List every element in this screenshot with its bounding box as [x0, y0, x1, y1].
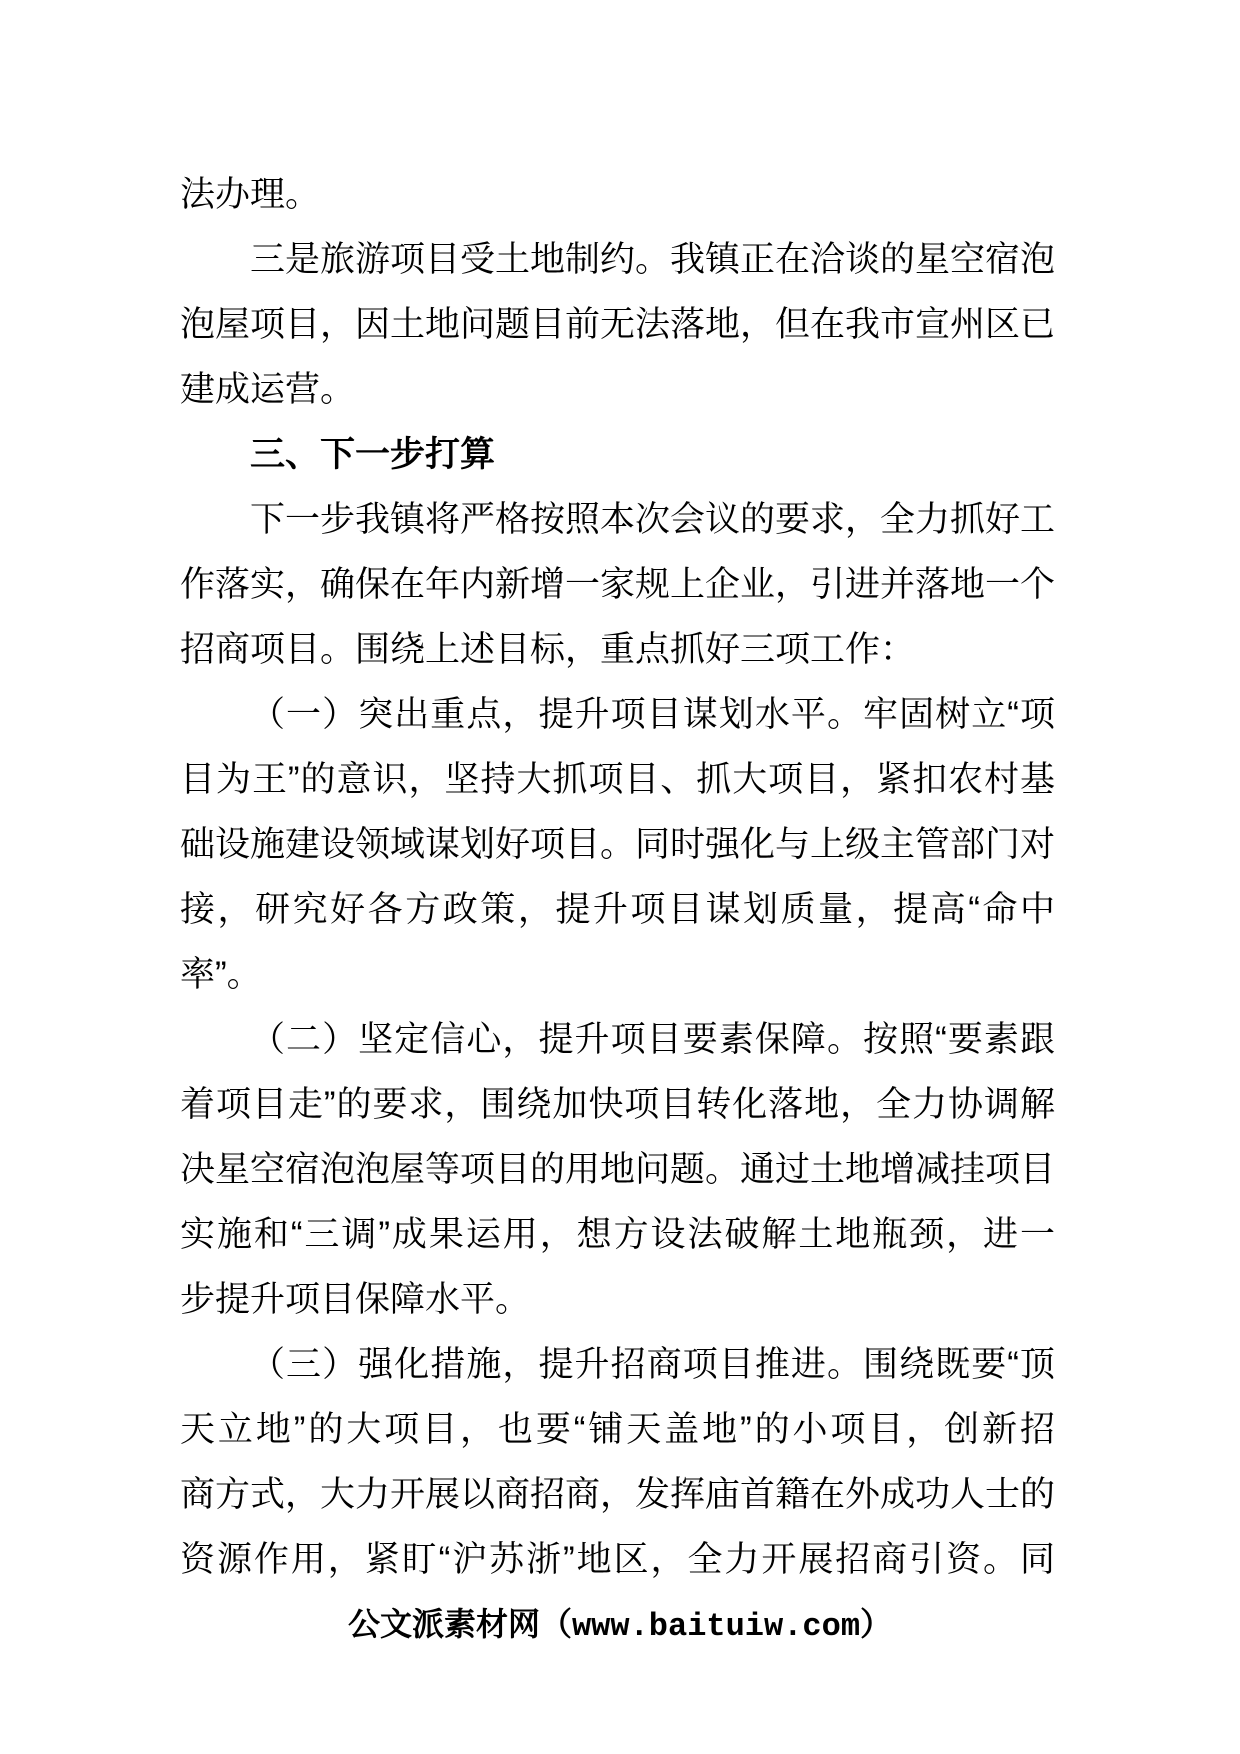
text-line: 泡屋项目，因土地问题目前无法落地，但在我市宣州区已 — [180, 292, 1055, 357]
text-line: 实施和“三调”成果运用，想方设法破解土地瓶颈，进一 — [180, 1202, 1055, 1267]
footer-watermark: 公文派素材网（www.baituiw.com） — [0, 1604, 1240, 1650]
text-line: 率”。 — [180, 942, 1055, 1007]
text-line: 础设施建设领域谋划好项目。同时强化与上级主管部门对 — [180, 812, 1055, 877]
text-line: 决星空宿泡泡屋等项目的用地问题。通过土地增减挂项目 — [180, 1137, 1055, 1202]
document-page: 法办理。三是旅游项目受土地制约。我镇正在洽谈的星空宿泡泡屋项目，因土地问题目前无… — [0, 0, 1240, 1754]
text-line: （三）强化措施，提升招商项目推进。围绕既要“顶 — [180, 1332, 1055, 1397]
text-line: （一）突出重点，提升项目谋划水平。牢固树立“项 — [180, 682, 1055, 747]
text-line: 法办理。 — [180, 162, 1055, 227]
text-line: 作落实，确保在年内新增一家规上企业，引进并落地一个 — [180, 552, 1055, 617]
text-line: 三是旅游项目受土地制约。我镇正在洽谈的星空宿泡 — [180, 227, 1055, 292]
document-body: 法办理。三是旅游项目受土地制约。我镇正在洽谈的星空宿泡泡屋项目，因土地问题目前无… — [180, 162, 1055, 1592]
text-line: 目为王”的意识，坚持大抓项目、抓大项目，紧扣农村基 — [180, 747, 1055, 812]
text-line: 着项目走”的要求，围绕加快项目转化落地，全力协调解 — [180, 1072, 1055, 1137]
text-line: 天立地”的大项目，也要“铺天盖地”的小项目，创新招 — [180, 1397, 1055, 1462]
text-line: （二）坚定信心，提升项目要素保障。按照“要素跟 — [180, 1007, 1055, 1072]
text-line: 资源作用，紧盯“沪苏浙”地区，全力开展招商引资。同 — [180, 1527, 1055, 1592]
text-line: 下一步我镇将严格按照本次会议的要求，全力抓好工 — [180, 487, 1055, 552]
text-line: 步提升项目保障水平。 — [180, 1267, 1055, 1332]
text-line: 接，研究好各方政策，提升项目谋划质量，提高“命中 — [180, 877, 1055, 942]
text-line: 商方式，大力开展以商招商，发挥庙首籍在外成功人士的 — [180, 1462, 1055, 1527]
footer-text: 公文派素材网（www.baituiw.com） — [348, 1608, 892, 1645]
text-line: 建成运营。 — [180, 357, 1055, 422]
text-line: 招商项目。围绕上述目标，重点抓好三项工作： — [180, 617, 1055, 682]
section-heading: 三、下一步打算 — [180, 422, 1055, 487]
